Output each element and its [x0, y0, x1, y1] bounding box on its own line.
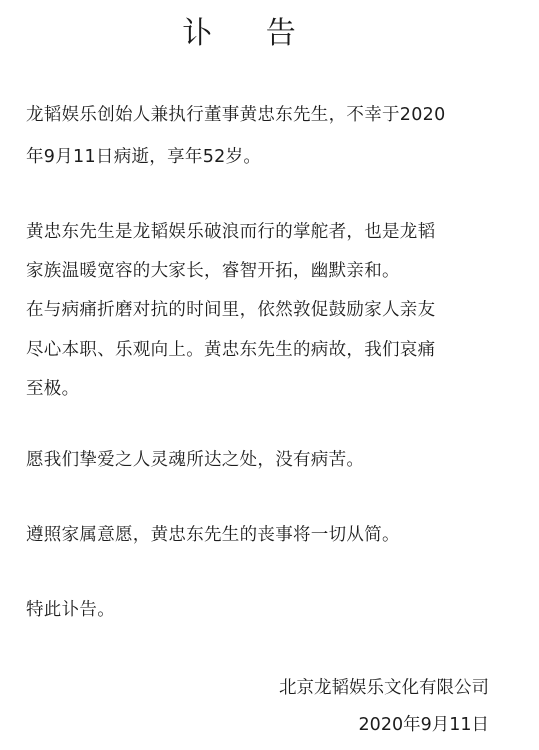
paragraph-line: 至极。 — [26, 377, 79, 401]
paragraph-line: 遵照家属意愿，黄忠东先生的丧事将一切从简。 — [26, 523, 400, 547]
document-title: 讣 告 — [0, 14, 500, 54]
signature-date: 2020年9月11日 — [359, 713, 489, 737]
paragraph-line: 年9月11日病逝，享年52岁。 — [26, 145, 261, 169]
paragraph-line: 愿我们挚爱之人灵魂所达之处，没有病苦。 — [26, 448, 364, 472]
paragraph-line: 在与病痛折磨对抗的时间里，依然敦促鼓励家人亲友 — [26, 298, 435, 322]
paragraph-line: 特此讣告。 — [26, 598, 115, 622]
paragraph-line: 家族温暖宽容的大家长，睿智开拓，幽默亲和。 — [26, 259, 400, 283]
paragraph-line: 黄忠东先生是龙韬娱乐破浪而行的掌舵者，也是龙韬 — [26, 220, 435, 244]
paragraph-line: 龙韬娱乐创始人兼执行董事黄忠东先生，不幸于2020 — [26, 103, 446, 127]
signature-organization: 北京龙韬娱乐文化有限公司 — [279, 676, 489, 700]
paragraph-line: 尽心本职、乐观向上。黄忠东先生的病故，我们哀痛 — [26, 338, 435, 362]
